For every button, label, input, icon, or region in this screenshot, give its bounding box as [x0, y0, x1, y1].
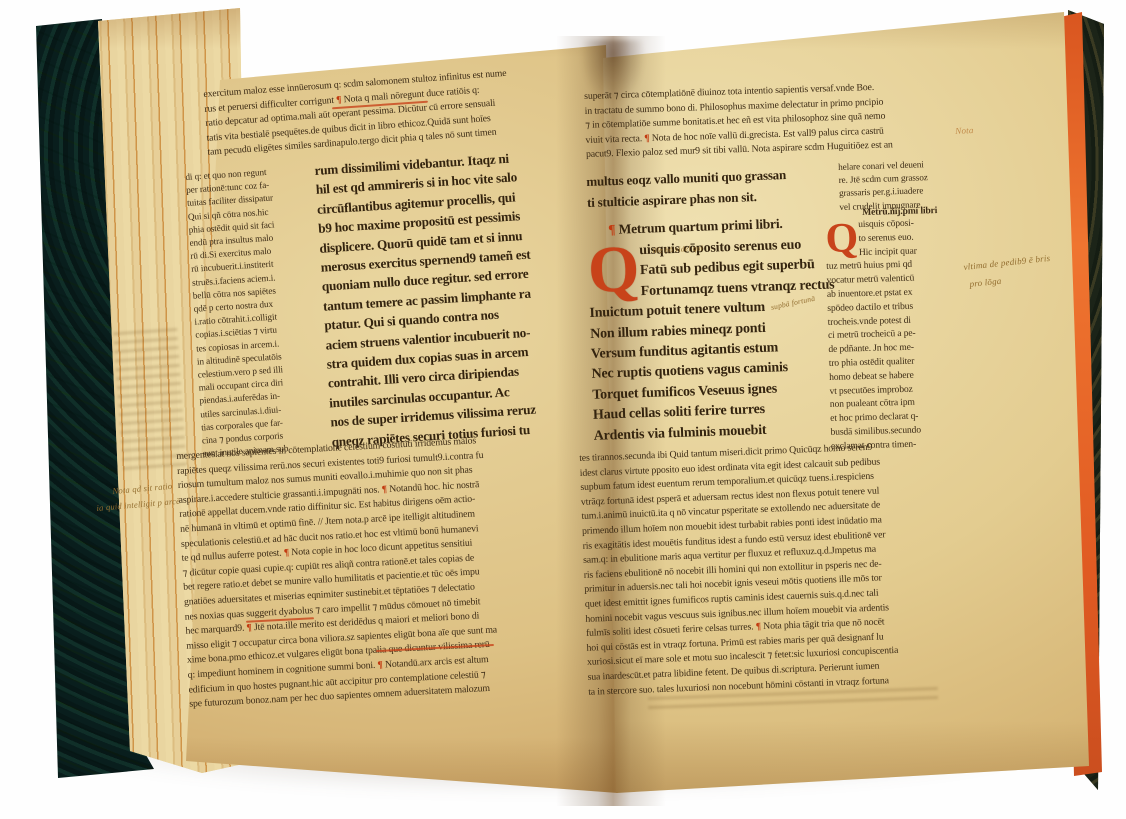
left-main-text: rum dissimilimi videbantur. Itaqz nihil … — [314, 145, 588, 452]
metrum-verse: Q uisquis cōposito serenus euoFatū sub p… — [587, 234, 844, 447]
left-footer-commentary: mergentes.at nos sapientes in cōtemplati… — [176, 429, 581, 712]
red-initial-Q-small: Q — [825, 218, 859, 260]
red-initial-Q: Q — [587, 241, 640, 284]
right-margin-nota: Nota — [955, 125, 974, 136]
right-main-prose: multus eoqz vallo muniti quo grassanti s… — [586, 164, 823, 213]
right-footer-commentary: tes tirannos.secunda ibi Quid tantum mis… — [579, 436, 1008, 700]
right-commentary-column: Q uisquis cōposi-to serenus euo.Hic inci… — [825, 215, 1001, 454]
right-header-commentary: superāt ⁊ circa cōtemplatiōnē diuinoz to… — [584, 77, 988, 163]
incunabulum-photo: exercitum maloz esse innūerosum q: scdm … — [0, 0, 1126, 819]
left-gloss-column: di q: et quo non reguntper rationē:tunc … — [185, 163, 331, 461]
